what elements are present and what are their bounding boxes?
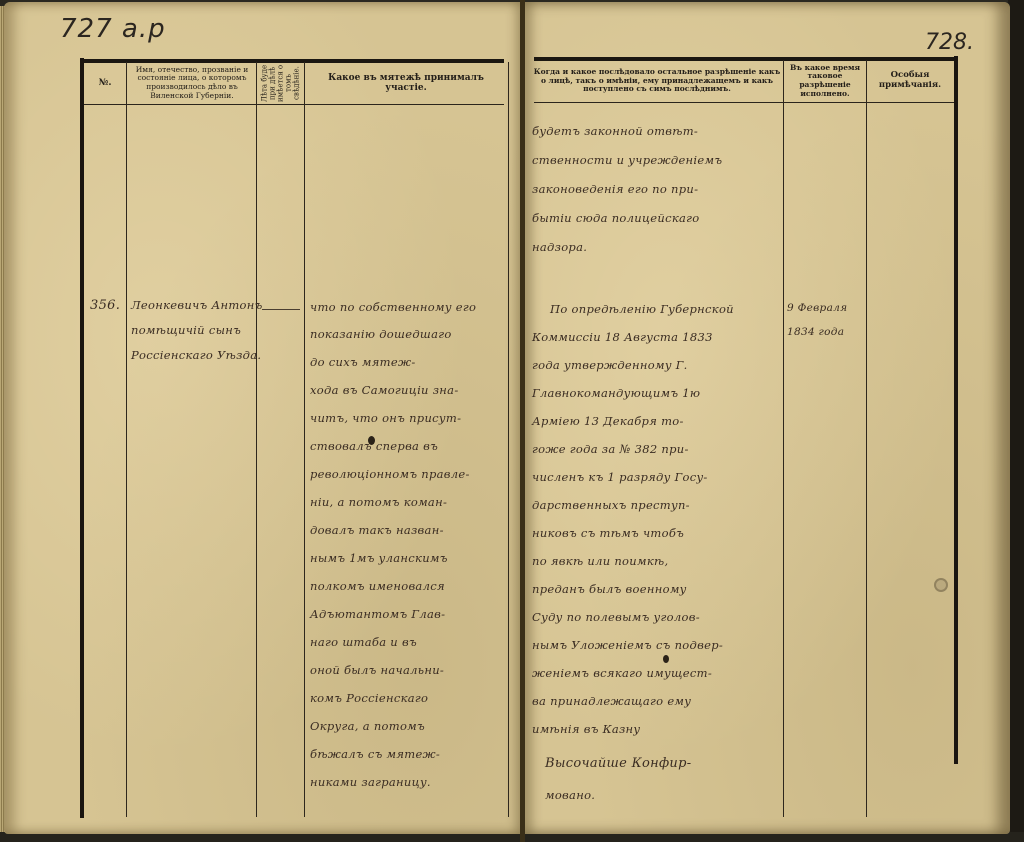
text-line: довалъ такъ назван- — [310, 523, 444, 537]
header-age: Лѣта буде при дѣлѣ имѣется о томъ свѣдѣн… — [258, 62, 303, 104]
text-line: преданъ былъ военному — [532, 582, 687, 596]
text-line: нымъ Уложеніемъ съ подвер- — [532, 638, 723, 652]
text-line: численъ къ 1 разряду Госу- — [532, 470, 708, 484]
col-divider — [866, 60, 867, 817]
text-line: революціонномъ правле- — [310, 467, 470, 481]
text-line: полкомъ именовался — [310, 579, 445, 593]
entry-name-line: помѣщичій сынъ — [131, 323, 241, 337]
table-left-border — [80, 58, 84, 818]
text-line: Коммиссіи 18 Августа 1833 — [532, 330, 713, 344]
text-line: комъ Россіенскаго — [310, 691, 428, 705]
ink-blot — [368, 436, 375, 445]
entry-number: 356. — [90, 298, 120, 313]
entry-name-line: Россіенскаго Уѣзда. — [131, 348, 261, 362]
header-resolution: Когда и какое послѣдовало остальное разр… — [532, 60, 782, 102]
text-line: читъ, что онъ присут- — [310, 411, 461, 425]
text-line: По опредѣленію Губернской — [550, 302, 734, 316]
text-line: будетъ законной отвѣт- — [532, 124, 698, 138]
text-line: ва принадлежащаго ему — [532, 694, 691, 708]
text-line: до сихъ мятеж- — [310, 355, 416, 369]
folio-number-right: 728. — [925, 30, 974, 55]
confirmation-text: Высочайше Конфир- — [545, 756, 691, 771]
text-line: наго штаба и въ — [310, 635, 417, 649]
text-line: дарственныхъ преступ- — [532, 498, 690, 512]
text-line: что по собственному его — [310, 300, 476, 314]
header-number: №. — [84, 64, 126, 102]
text-line: надзора. — [532, 240, 587, 254]
header-remarks: Особыя примѣчанія. — [868, 60, 952, 102]
header-bottom-rule-right — [534, 102, 956, 103]
text-line: по явкѣ или поимкѣ, — [532, 554, 668, 568]
text-line: Адъютантомъ Глав- — [310, 607, 445, 621]
book-spine — [520, 0, 525, 842]
text-line: женіемъ всякаго имущест- — [532, 666, 712, 680]
dash-line — [262, 309, 300, 310]
text-line: никами заграницу. — [310, 775, 431, 789]
executed-date-line: 9 Февраля — [787, 302, 847, 314]
text-line: Суду по полевымъ уголов- — [532, 610, 700, 624]
text-line: законоведенія его по при- — [532, 182, 698, 196]
open-ledger-book: 727 a.р 728. №. Имя, отечество, прозвані… — [0, 0, 1024, 842]
page-stack-right — [1008, 0, 1024, 842]
entry-name-line: Леонкевичъ Антонъ — [131, 298, 263, 312]
text-line: Округа, а потомъ — [310, 719, 425, 733]
ink-blot — [663, 655, 669, 663]
text-line: бѣжалъ съ мятеж- — [310, 747, 440, 761]
col-divider — [783, 60, 784, 817]
paper-stain — [934, 578, 948, 592]
text-line: Арміею 13 Декабря то- — [532, 414, 684, 428]
text-line: никовъ съ тѣмъ чтобъ — [532, 526, 684, 540]
text-line: гоже года за № 382 при- — [532, 442, 689, 456]
col-divider — [304, 62, 305, 817]
header-bottom-rule-left — [84, 104, 504, 105]
col-divider — [508, 62, 509, 817]
text-line: оной былъ начальни- — [310, 663, 444, 677]
text-line: имѣнія въ Казну — [532, 722, 640, 736]
text-line: хода въ Самогиціи зна- — [310, 383, 459, 397]
text-line: ственности и учрежденіемъ — [532, 153, 722, 167]
confirmation-text: мовано. — [545, 788, 595, 802]
text-line: Главнокомандующимъ 1ю — [532, 386, 700, 400]
executed-date-line: 1834 года — [787, 326, 844, 338]
table-right-border — [954, 56, 958, 764]
text-line: ніи, а потомъ коман- — [310, 495, 447, 509]
header-name: Имя, отечество, прозваніе и состояніе ли… — [129, 62, 255, 104]
col-divider — [256, 62, 257, 817]
header-participation: Какое въ мятежѣ принималъ участіе. — [306, 64, 506, 102]
folio-number-left: 727 a.р — [60, 14, 166, 44]
text-line: показанію дошедшаго — [310, 327, 452, 341]
text-line: года утвержденному Г. — [532, 358, 688, 372]
text-line: нымъ 1мъ уланскимъ — [310, 551, 448, 565]
text-line: бытіи сюда полицейскаго — [532, 211, 700, 225]
col-divider — [126, 62, 127, 817]
header-when-executed: Въ какое время таковое разрѣшеніе исполн… — [785, 60, 865, 102]
